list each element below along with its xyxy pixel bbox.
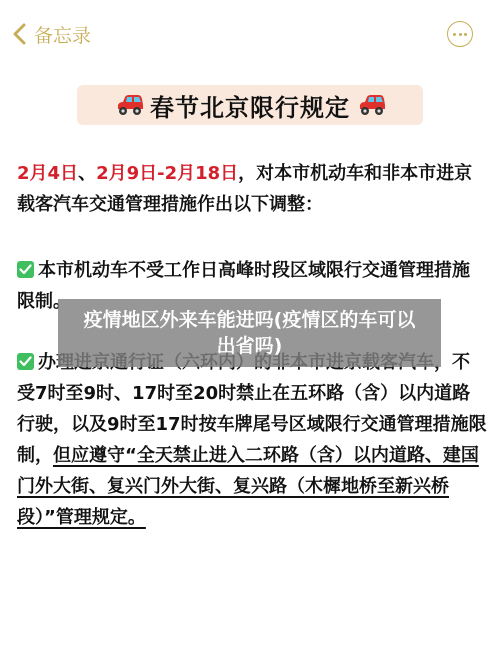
ellipsis-icon-dot	[459, 33, 462, 36]
date-range-highlight: 2月9日-2月18日	[96, 163, 238, 184]
rule-item-2-underlined: 但应遵守“全天禁止进入二环路（含）以内道路、建国门外大街、复兴门外大街、复兴路（…	[17, 445, 479, 528]
more-options-button[interactable]	[447, 21, 473, 47]
overlay-title: 疫情地区外来车能进吗(疫情区的车可以出省吗)	[75, 307, 425, 359]
separator: 、	[78, 163, 96, 184]
back-label: 备忘录	[34, 21, 91, 48]
navbar: 备忘录	[0, 0, 500, 66]
banner-title: 春节北京限行规定	[150, 88, 350, 123]
article-title-overlay: 疫情地区外来车能进吗(疫情区的车可以出省吗)	[58, 299, 441, 367]
back-button[interactable]: 备忘录	[12, 20, 91, 48]
date-highlight: 2月4日	[17, 163, 78, 184]
check-box-icon	[17, 353, 34, 370]
check-box-icon	[17, 261, 34, 278]
intro-paragraph: 2月4日、2月9日-2月18日，对本市机动车和非本市进京载客汽车交通管理措施作出…	[17, 158, 487, 220]
ellipsis-icon-dot	[464, 33, 467, 36]
ellipsis-icon-dot	[453, 33, 456, 36]
title-banner: 春节北京限行规定	[77, 85, 423, 125]
car-icon	[356, 93, 386, 117]
car-icon	[114, 93, 144, 117]
rule-item-2: 办理进京通行证（六环内）的非本市进京载客汽车，不受7时至9时、17时至20时禁止…	[17, 347, 487, 533]
chevron-left-icon	[12, 23, 28, 45]
